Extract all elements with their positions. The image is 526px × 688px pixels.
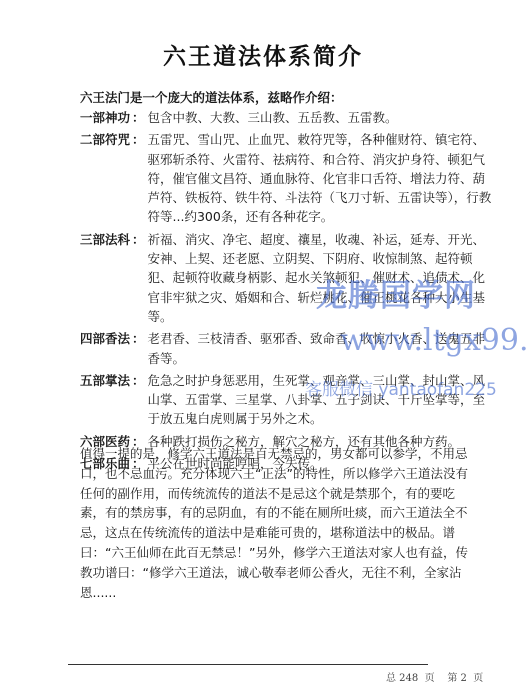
intro-line: 六王法门是一个庞大的道法体系，兹略作介绍： bbox=[80, 88, 343, 106]
section-colon: ： bbox=[130, 230, 148, 326]
section-colon: ： bbox=[130, 371, 148, 429]
section-label: 二部符咒 bbox=[80, 130, 130, 226]
section-body: 老君香、三枝清香、驱邪香、致命香、收惊小火香、送鬼五非香等。 bbox=[148, 329, 495, 368]
section-body: 危急之时护身惩恶用，生死掌、观音掌、三山掌、封山掌、风山掌、五雷掌、三星掌、八卦… bbox=[148, 371, 495, 429]
section-item: 二部符咒 ： 五雷咒、雪山咒、止血咒、敕符咒等，各种催财符、镇宅符、驱邪斩杀符、… bbox=[80, 130, 495, 226]
document-title: 六王道法体系简介 bbox=[0, 38, 526, 71]
section-body: 包含中教、大教、三山教、五岳教、五雷教。 bbox=[148, 108, 495, 127]
section-label: 三部法科 bbox=[80, 230, 130, 326]
section-item: 三部法科 ： 祈福、消灾、净宅、超度、禳星，收魂、补运，延寿、开光、安神、上契、… bbox=[80, 230, 495, 326]
section-label: 一部神功 bbox=[80, 108, 130, 127]
section-item: 五部掌法 ： 危急之时护身惩恶用，生死掌、观音掌、三山掌、封山掌、风山掌、五雷掌… bbox=[80, 371, 495, 429]
page-number: 总 248 页 第 2 页 bbox=[386, 669, 483, 684]
section-colon: ： bbox=[130, 329, 148, 368]
section-item: 一部神功 ： 包含中教、大教、三山教、五岳教、五雷教。 bbox=[80, 108, 495, 127]
section-body: 五雷咒、雪山咒、止血咒、敕符咒等，各种催财符、镇宅符、驱邪斩杀符、火雷符、祛病符… bbox=[148, 130, 495, 226]
section-list: 一部神功 ： 包含中教、大教、三山教、五岳教、五雷教。 二部符咒 ： 五雷咒、雪… bbox=[80, 108, 495, 476]
footer-divider bbox=[68, 664, 428, 665]
section-body: 祈福、消灾、净宅、超度、禳星，收魂、补运，延寿、开光、安神、上契、还老愿、立阴契… bbox=[148, 230, 495, 326]
section-colon: ： bbox=[130, 108, 148, 127]
section-label: 五部掌法 bbox=[80, 371, 130, 429]
section-label: 四部香法 bbox=[80, 329, 130, 368]
body-paragraph: 值得一提的是，修学六王道法是百无禁忌的，男女都可以参学，不用忌口，也不忌血污。充… bbox=[80, 444, 475, 602]
section-item: 四部香法 ： 老君香、三枝清香、驱邪香、致命香、收惊小火香、送鬼五非香等。 bbox=[80, 329, 495, 368]
section-colon: ： bbox=[130, 130, 148, 226]
